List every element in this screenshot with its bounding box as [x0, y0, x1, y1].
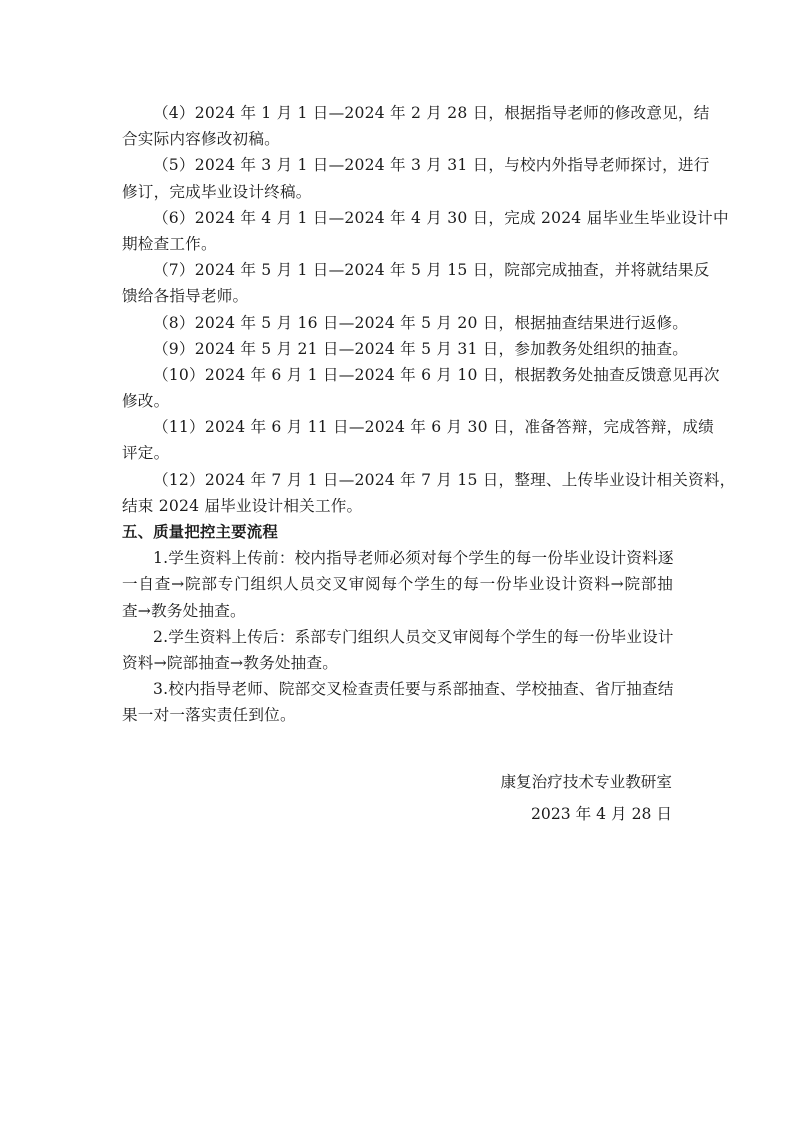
- paragraph-line: 2.学生资料上传后：系部专门组织人员交叉审阅每个学生的每一份毕业设计: [122, 624, 673, 650]
- schedule-item-5: （5）2024 年 3 月 1 日—2024 年 3 月 31 日，与校内外指导…: [122, 152, 673, 204]
- section-heading: 五、质量把控主要流程: [122, 519, 673, 545]
- schedule-item-line: （7）2024 年 5 月 1 日—2024 年 5 月 15 日，院部完成抽查…: [122, 257, 673, 283]
- schedule-item-line: 结束 2024 届毕业设计相关工作。: [122, 493, 673, 519]
- schedule-item-10: （10）2024 年 6 月 1 日—2024 年 6 月 10 日，根据教务处…: [122, 362, 673, 414]
- quality-paragraph-1: 1.学生资料上传前：校内指导老师必须对每个学生的每一份毕业设计资料逐 一自查→院…: [122, 545, 673, 624]
- paragraph-line: 查→教务处抽查。: [122, 598, 673, 624]
- paragraph-line: 3.校内指导老师、院部交叉检查责任要与系部抽查、学校抽查、省厅抽查结: [122, 676, 673, 702]
- schedule-item-12: （12）2024 年 7 月 1 日—2024 年 7 月 15 日，整理、上传…: [122, 467, 673, 519]
- schedule-item-7: （7）2024 年 5 月 1 日—2024 年 5 月 15 日，院部完成抽查…: [122, 257, 673, 309]
- document-body: （4）2024 年 1 月 1 日—2024 年 2 月 28 日，根据指导老师…: [122, 100, 673, 729]
- schedule-item-line: （12）2024 年 7 月 1 日—2024 年 7 月 15 日，整理、上传…: [122, 467, 673, 493]
- schedule-item-line: （8）2024 年 5 月 16 日—2024 年 5 月 20 日，根据抽查结…: [122, 310, 673, 336]
- schedule-item-line: 修改。: [122, 388, 673, 414]
- schedule-item-8: （8）2024 年 5 月 16 日—2024 年 5 月 20 日，根据抽查结…: [122, 310, 673, 336]
- schedule-item-line: 期检查工作。: [122, 231, 673, 257]
- schedule-item-line: （11）2024 年 6 月 11 日—2024 年 6 月 30 日，准备答辩…: [122, 414, 673, 440]
- paragraph-line: 果一对一落实责任到位。: [122, 702, 673, 728]
- schedule-item-line: （9）2024 年 5 月 21 日—2024 年 5 月 31 日，参加教务处…: [122, 336, 673, 362]
- schedule-item-4: （4）2024 年 1 月 1 日—2024 年 2 月 28 日，根据指导老师…: [122, 100, 673, 152]
- paragraph-line: 一自查→院部专门组织人员交叉审阅每个学生的每一份毕业设计资料→院部抽: [122, 571, 673, 597]
- schedule-item-9: （9）2024 年 5 月 21 日—2024 年 5 月 31 日，参加教务处…: [122, 336, 673, 362]
- schedule-item-line: 馈给各指导老师。: [122, 283, 673, 309]
- quality-paragraph-2: 2.学生资料上传后：系部专门组织人员交叉审阅每个学生的每一份毕业设计 资料→院部…: [122, 624, 673, 676]
- schedule-item-6: （6）2024 年 4 月 1 日—2024 年 4 月 30 日，完成 202…: [122, 205, 673, 257]
- schedule-item-line: （5）2024 年 3 月 1 日—2024 年 3 月 31 日，与校内外指导…: [122, 152, 673, 178]
- schedule-item-line: （6）2024 年 4 月 1 日—2024 年 4 月 30 日，完成 202…: [122, 205, 673, 231]
- quality-paragraph-3: 3.校内指导老师、院部交叉检查责任要与系部抽查、学校抽查、省厅抽查结 果一对一落…: [122, 676, 673, 728]
- schedule-item-line: 评定。: [122, 440, 673, 466]
- signature-date: 2023 年 4 月 28 日: [531, 802, 672, 824]
- paragraph-line: 1.学生资料上传前：校内指导老师必须对每个学生的每一份毕业设计资料逐: [122, 545, 673, 571]
- schedule-item-line: （10）2024 年 6 月 1 日—2024 年 6 月 10 日，根据教务处…: [122, 362, 673, 388]
- schedule-item-11: （11）2024 年 6 月 11 日—2024 年 6 月 30 日，准备答辩…: [122, 414, 673, 466]
- paragraph-line: 资料→院部抽查→教务处抽查。: [122, 650, 673, 676]
- schedule-item-line: 修订，完成毕业设计终稿。: [122, 179, 673, 205]
- schedule-item-line: （4）2024 年 1 月 1 日—2024 年 2 月 28 日，根据指导老师…: [122, 100, 673, 126]
- signature-organization: 康复治疗技术专业教研室: [500, 770, 672, 792]
- schedule-item-line: 合实际内容修改初稿。: [122, 126, 673, 152]
